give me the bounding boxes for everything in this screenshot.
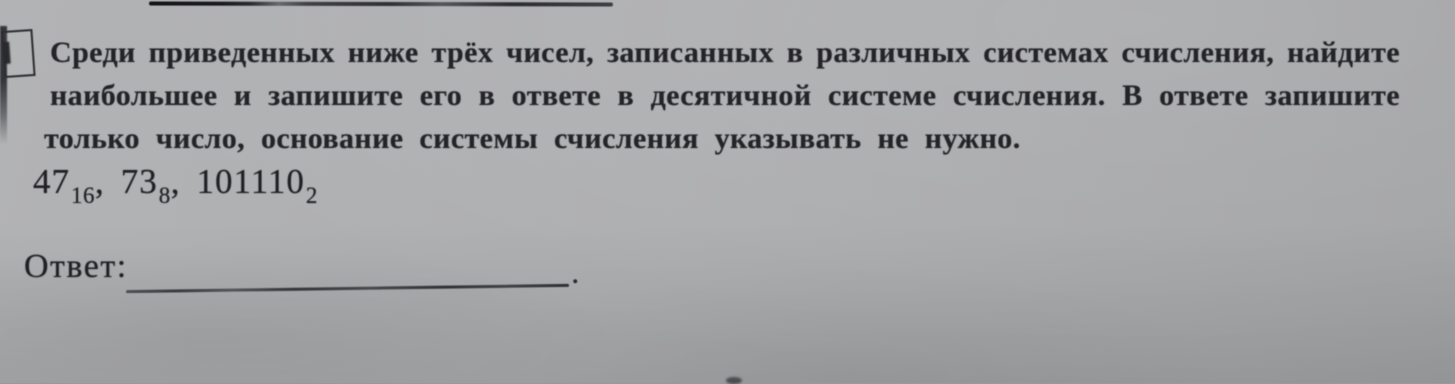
number-base-subscript: 16 — [71, 184, 95, 207]
problem-line: Среди приведенных ниже трёх чисел, запис… — [50, 31, 1400, 74]
problem-statement: Среди приведенных ниже трёх чисел, запис… — [50, 31, 1400, 160]
number-value: 47 — [33, 162, 70, 201]
number-with-base: 1011102 — [197, 162, 318, 201]
numbers-line: 4716,738,1011102 — [33, 164, 318, 199]
number-with-base: 4716, — [33, 162, 121, 201]
answer-label: Ответ: — [24, 250, 128, 284]
page-content: Среди приведенных ниже трёх чисел, запис… — [0, 0, 1455, 383]
number-with-base: 738, — [121, 162, 197, 201]
number-value: 101110 — [197, 162, 305, 201]
problem-line: наибольшее и запишите его в ответе в дес… — [50, 74, 1400, 117]
photo-artifact-speck — [726, 377, 742, 383]
number-base-subscript: 2 — [306, 184, 318, 207]
paper-photo: Среди приведенных ниже трёх чисел, запис… — [0, 0, 1455, 383]
top-edge-line — [149, 2, 613, 6]
question-number-partial — [2, 42, 11, 64]
question-number-box — [1, 29, 35, 78]
problem-line: только число, основание системы счислени… — [44, 117, 1400, 160]
answer-blank-line — [126, 284, 569, 293]
number-separator: , — [171, 162, 181, 201]
answer-period: . — [571, 256, 580, 290]
number-base-subscript: 8 — [159, 184, 171, 207]
number-value: 73 — [121, 162, 158, 201]
number-separator: , — [95, 162, 105, 201]
